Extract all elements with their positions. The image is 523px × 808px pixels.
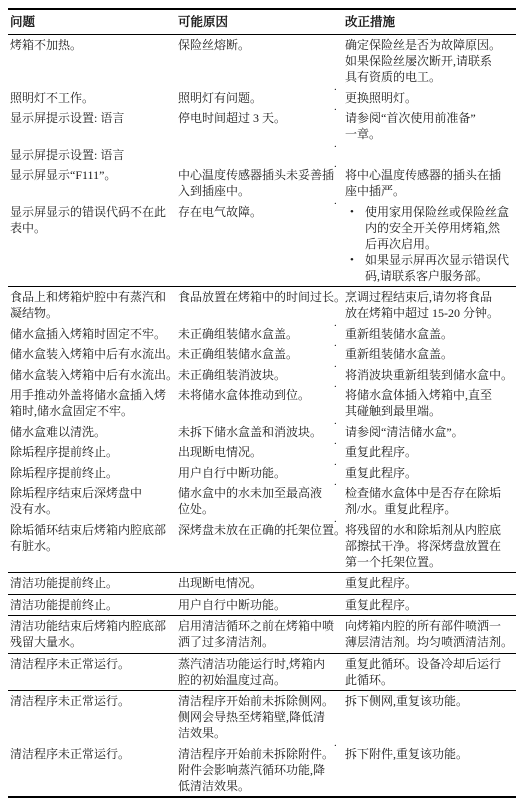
table-row: 显示屏显示“F111”。中心温度传感器插头未妥善插 入到插座中。将中心温度传感器… xyxy=(8,165,516,202)
table-row: 除垢循环结束后烤箱内腔底部 有脏水。深烤盘未放在正确的托架位置。将残留的水和除垢… xyxy=(8,520,516,573)
troubleshooting-table: 问题 可能原因 改正措施 烤箱不加热。保险丝熔断。确定保险丝是否为故障原因。 如… xyxy=(8,8,516,798)
table-row: 除垢程序提前终止。用户自行中断功能。重复此程序。. xyxy=(8,463,516,484)
problem-cell: 显示屏提示设置: 语言 xyxy=(8,145,176,166)
problem-cell: 储水盒装入烤箱中后有水流出。 xyxy=(8,365,176,386)
cause-cell: 启用清洁循环之前在烤箱中喷 洒了过多清洁剂。 xyxy=(176,615,343,653)
table-row: 清洁功能提前终止。用户自行中断功能。重复此程序。 xyxy=(8,594,516,616)
cause-cell: 照明灯有问题。 xyxy=(176,88,343,109)
action-cell: 重新组装储水盒盖。. xyxy=(343,344,516,365)
action-cell: 将消波块重新组装到储水盒中。. xyxy=(343,365,516,386)
row-separator-dot: . xyxy=(334,379,337,390)
problem-cell: 除垢循环结束后烤箱内腔底部 有脏水。 xyxy=(8,520,176,573)
problem-cell: 显示屏显示“F111”。 xyxy=(8,165,176,202)
table-row: 用手推动外盖将储水盒插入烤 箱时,储水盒固定不牢。未将储水盒体推动到位。将储水盒… xyxy=(8,385,516,422)
table-row: 储水盒插入烤箱时固定不牢。未正确组装储水盒盖。重新组装储水盒盖。. xyxy=(8,324,516,345)
row-separator-dot: . xyxy=(334,338,337,349)
problem-cell: 烤箱不加热。 xyxy=(8,35,176,88)
cause-cell: 未正确组装储水盒盖。 xyxy=(176,324,343,345)
bullet-item: •使用家用保险丝或保险丝盒 内的安全开关停用烤箱,然 后再次启用。 xyxy=(345,204,514,252)
cause-cell: 蒸汽清洁功能运行时,烤箱内 腔的初始温度过高。 xyxy=(176,653,343,691)
action-cell: 重新组装储水盒盖。. xyxy=(343,324,516,345)
table-row: 储水盒装入烤箱中后有水流出。未正确组装储水盒盖。重新组装储水盒盖。. xyxy=(8,344,516,365)
table-row: 显示屏显示的错误代码不在此 表中。存在电气故障。•使用家用保险丝或保险丝盒 内的… xyxy=(8,202,516,287)
row-separator-dot: . xyxy=(334,82,337,93)
table-row: 清洁程序未正常运行。清洁程序开始前未拆除附件。 附件会影响蒸汽循环功能,降 低清… xyxy=(8,744,516,797)
problem-cell: 清洁程序未正常运行。 xyxy=(8,653,176,691)
action-cell: 更换照明灯。. xyxy=(343,88,516,109)
table-row: 烤箱不加热。保险丝熔断。确定保险丝是否为故障原因。 如果保险丝屡次断开,请联系 … xyxy=(8,35,516,88)
problem-cell: 清洁功能结束后烤箱内腔底部 残留大量水。 xyxy=(8,615,176,653)
bullet-list: •使用家用保险丝或保险丝盒 内的安全开关停用烤箱,然 后再次启用。•如果显示屏再… xyxy=(345,204,514,284)
table-row: 清洁程序未正常运行。清洁程序开始前未拆除侧网。 侧网会导热至烤箱壁,降低清 洁效… xyxy=(8,690,516,744)
table-row: 储水盒装入烤箱中后有水流出。未正确组装消波块。将消波块重新组装到储水盒中。. xyxy=(8,365,516,386)
action-cell: 重复此程序。 xyxy=(343,594,516,616)
action-cell: 将储水盒体插入烤箱中,直至 其碰触到最里端。. xyxy=(343,385,516,422)
cause-cell: 出现断电情况。 xyxy=(176,442,343,463)
action-cell: 重复此循环。设备冷却后运行 此循环。 xyxy=(343,653,516,691)
row-separator-dot: . xyxy=(334,159,337,170)
problem-cell: 储水盒难以清洗。 xyxy=(8,422,176,443)
cause-cell: 未正确组装储水盒盖。 xyxy=(176,344,343,365)
problem-cell: 食品上和烤箱炉腔中有蒸汽和 凝结物。 xyxy=(8,286,176,324)
action-cell: 检查储水盒体中是否存在除垢 剂/水。重复此程序。. xyxy=(343,483,516,520)
table-row: 清洁程序未正常运行。蒸汽清洁功能运行时,烤箱内 腔的初始温度过高。重复此循环。设… xyxy=(8,653,516,691)
row-separator-dot: . xyxy=(334,139,337,150)
problem-cell: 清洁功能提前终止。 xyxy=(8,594,176,616)
cause-cell: 储水盒中的水未加至最高液 位处。 xyxy=(176,483,343,520)
problem-cell: 显示屏提示设置: 语言 xyxy=(8,108,176,145)
problem-cell: 除垢程序结束后深烤盘中 没有水。 xyxy=(8,483,176,520)
bullet-item: •如果显示屏再次显示错误代 码,请联系客户服务部。 xyxy=(345,252,514,284)
cause-cell: 深烤盘未放在正确的托架位置。 xyxy=(176,520,343,573)
table-row: 食品上和烤箱炉腔中有蒸汽和 凝结物。食品放置在烤箱中的时间过长。烹调过程结束后,… xyxy=(8,286,516,324)
cause-cell: 未将储水盒体推动到位。 xyxy=(176,385,343,422)
row-separator-dot: . xyxy=(334,514,337,525)
row-separator-dot: . xyxy=(334,102,337,113)
table-row: 储水盒难以清洗。未拆下储水盒盖和消波块。请参阅“清洁储水盒”。. xyxy=(8,422,516,443)
action-cell: •使用家用保险丝或保险丝盒 内的安全开关停用烤箱,然 后再次启用。•如果显示屏再… xyxy=(343,202,516,287)
problem-cell: 清洁程序未正常运行。 xyxy=(8,690,176,744)
table-row: 除垢程序提前终止。出现断电情况。重复此程序。. xyxy=(8,442,516,463)
table-row: 显示屏提示设置: 语言停电时间超过 3 天。请参阅“首次使用前准备” 一章。. xyxy=(8,108,516,145)
bullet-icon: • xyxy=(345,252,365,284)
cause-cell: 清洁程序开始前未拆除附件。 附件会影响蒸汽循环功能,降 低清洁效果。 xyxy=(176,744,343,797)
problem-cell: 用手推动外盖将储水盒插入烤 箱时,储水盒固定不牢。 xyxy=(8,385,176,422)
bullet-text: 如果显示屏再次显示错误代 码,请联系客户服务部。 xyxy=(365,252,509,284)
action-cell: . xyxy=(343,145,516,166)
action-cell: 将残留的水和除垢剂从内腔底 部擦拭干净。将深烤盘放置在 第一个托架位置。. xyxy=(343,520,516,573)
cause-cell: 清洁程序开始前未拆除侧网。 侧网会导热至烤箱壁,降低清 洁效果。 xyxy=(176,690,343,744)
table-row: 除垢程序结束后深烤盘中 没有水。储水盒中的水未加至最高液 位处。检查储水盒体中是… xyxy=(8,483,516,520)
cause-cell: 出现断电情况。 xyxy=(176,572,343,594)
cause-cell: 用户自行中断功能。 xyxy=(176,594,343,616)
table-row: 清洁功能结束后烤箱内腔底部 残留大量水。启用清洁循环之前在烤箱中喷 洒了过多清洁… xyxy=(8,615,516,653)
row-separator-dot: . xyxy=(334,359,337,370)
action-cell: 重复此程序。. xyxy=(343,442,516,463)
row-separator-dot: . xyxy=(334,436,337,447)
header-row: 问题 可能原因 改正措施 xyxy=(8,10,516,35)
row-separator-dot: . xyxy=(334,738,337,749)
table-row: 照明灯不工作。照明灯有问题。更换照明灯。. xyxy=(8,88,516,109)
cause-cell: 未拆下储水盒盖和消波块。 xyxy=(176,422,343,443)
cause-cell: 存在电气故障。 xyxy=(176,202,343,287)
problem-cell: 除垢程序提前终止。 xyxy=(8,442,176,463)
row-separator-dot: . xyxy=(334,196,337,207)
column-header-problem: 问题 xyxy=(8,10,176,35)
cause-cell: 食品放置在烤箱中的时间过长。 xyxy=(176,286,343,324)
action-cell: 请参阅“首次使用前准备” 一章。. xyxy=(343,108,516,145)
action-cell: 重复此程序。. xyxy=(343,463,516,484)
action-cell: 烹调过程结束后,请勿将食品 放在烤箱中超过 15-20 分钟。 xyxy=(343,286,516,324)
problem-cell: 显示屏显示的错误代码不在此 表中。 xyxy=(8,202,176,287)
problem-cell: 清洁程序未正常运行。 xyxy=(8,744,176,797)
problem-cell: 照明灯不工作。 xyxy=(8,88,176,109)
cause-cell: 保险丝熔断。 xyxy=(176,35,343,88)
bullet-text: 使用家用保险丝或保险丝盒 内的安全开关停用烤箱,然 后再次启用。 xyxy=(365,204,509,252)
problem-cell: 除垢程序提前终止。 xyxy=(8,463,176,484)
column-header-cause: 可能原因 xyxy=(176,10,343,35)
row-separator-dot: . xyxy=(334,477,337,488)
cause-cell: 停电时间超过 3 天。 xyxy=(176,108,343,145)
bullet-icon: • xyxy=(345,204,365,252)
problem-cell: 清洁功能提前终止。 xyxy=(8,572,176,594)
action-cell: 重复此程序。 xyxy=(343,572,516,594)
action-cell: 拆下侧网,重复该功能。 xyxy=(343,690,516,744)
cause-cell: 用户自行中断功能。 xyxy=(176,463,343,484)
action-cell: 确定保险丝是否为故障原因。 如果保险丝屡次断开,请联系 具有资质的电工。 xyxy=(343,35,516,88)
action-cell: 请参阅“清洁储水盒”。. xyxy=(343,422,516,443)
table-row: 清洁功能提前终止。出现断电情况。重复此程序。 xyxy=(8,572,516,594)
action-cell: 向烤箱内腔的所有部件喷洒一 薄层清洁剂。均匀喷洒清洁剂。 xyxy=(343,615,516,653)
row-separator-dot: . xyxy=(334,416,337,427)
cause-cell xyxy=(176,145,343,166)
action-cell: 将中心温度传感器的插头在插 座中插严。. xyxy=(343,165,516,202)
problem-cell: 储水盒插入烤箱时固定不牢。 xyxy=(8,324,176,345)
action-cell: 拆下附件,重复该功能。. xyxy=(343,744,516,797)
column-header-action: 改正措施 xyxy=(343,10,516,35)
cause-cell: 未正确组装消波块。 xyxy=(176,365,343,386)
table-row: 显示屏提示设置: 语言. xyxy=(8,145,516,166)
row-separator-dot: . xyxy=(334,457,337,468)
problem-cell: 储水盒装入烤箱中后有水流出。 xyxy=(8,344,176,365)
row-separator-dot: . xyxy=(334,318,337,329)
manual-page: 问题 可能原因 改正措施 烤箱不加热。保险丝熔断。确定保险丝是否为故障原因。 如… xyxy=(0,0,523,798)
cause-cell: 中心温度传感器插头未妥善插 入到插座中。 xyxy=(176,165,343,202)
